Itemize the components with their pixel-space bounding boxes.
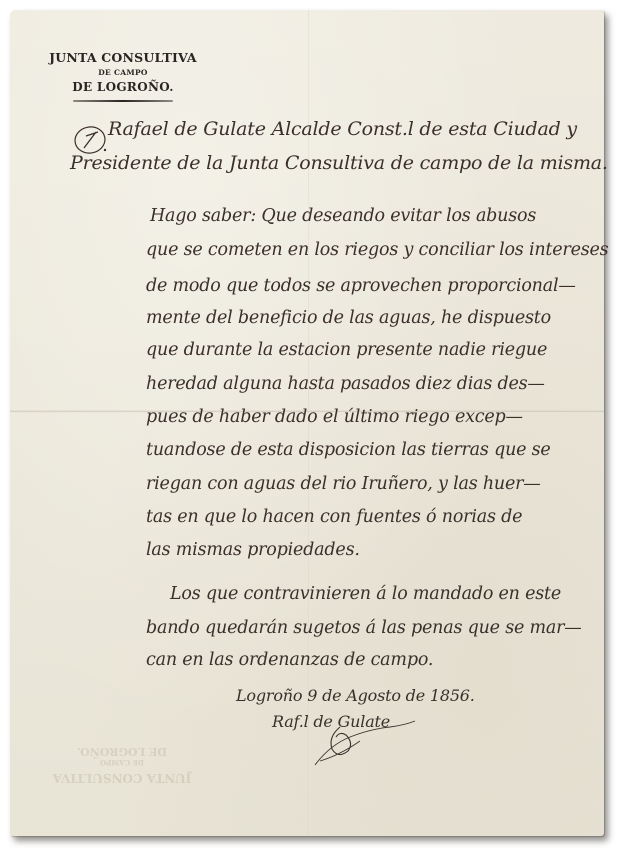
body-line: mente del beneficio de las aguas, he dis… [146,308,551,328]
body-line: que durante la estacion presente nadie r… [146,340,547,360]
letterhead-rule [73,100,173,102]
closing-line: bando quedarán sugetos á las penas que s… [146,618,582,638]
letterhead: JUNTA CONSULTIVA DE CAMPO DE LOGROÑO. [48,50,198,102]
letterhead-subtitle: DE CAMPO [48,68,198,77]
body-line: Hago saber: Que deseando evitar los abus… [150,206,536,226]
body-line: las mismas propiedades. [146,540,360,560]
signature-flourish-icon [310,715,420,770]
closing-line: Los que contravinieren á lo mandado en e… [170,584,561,604]
bleed-through-letterhead: JUNTA CONSULTIVA DE CAMPO DE LOGROÑO. [52,745,192,789]
bleed-line-subtitle: DE CAMPO [52,758,192,767]
bleed-line-title: JUNTA CONSULTIVA [52,771,192,785]
address-line-2: Presidente de la Junta Consultiva de cam… [70,152,608,174]
body-line: de modo que todos se aprovechen proporci… [146,276,576,296]
closing-line: can en las ordenanzas de campo. [146,650,433,670]
letterhead-title: JUNTA CONSULTIVA [48,50,198,65]
document-page: JUNTA CONSULTIVA DE CAMPO DE LOGROÑO. JU… [10,10,604,836]
body-line: riegan con aguas del rio Iruñero, y las … [146,474,541,494]
body-line: pues de haber dado el último riego excep… [146,407,523,427]
body-line: tuandose de esta disposicion las tierras… [146,440,551,460]
address-line-1: Rafael de Gulate Alcalde Const.l de esta… [108,118,577,140]
bleed-line-city: DE LOGROÑO. [52,745,192,758]
date-line: Logroño 9 de Agosto de 1856. [236,686,475,705]
body-line: heredad alguna hasta pasados diez dias d… [146,374,545,394]
body-line: que se cometen en los riegos y conciliar… [146,240,608,260]
letterhead-city: DE LOGROÑO. [48,80,198,94]
body-line: tas en que lo hacen con fuentes ó norias… [146,507,522,527]
